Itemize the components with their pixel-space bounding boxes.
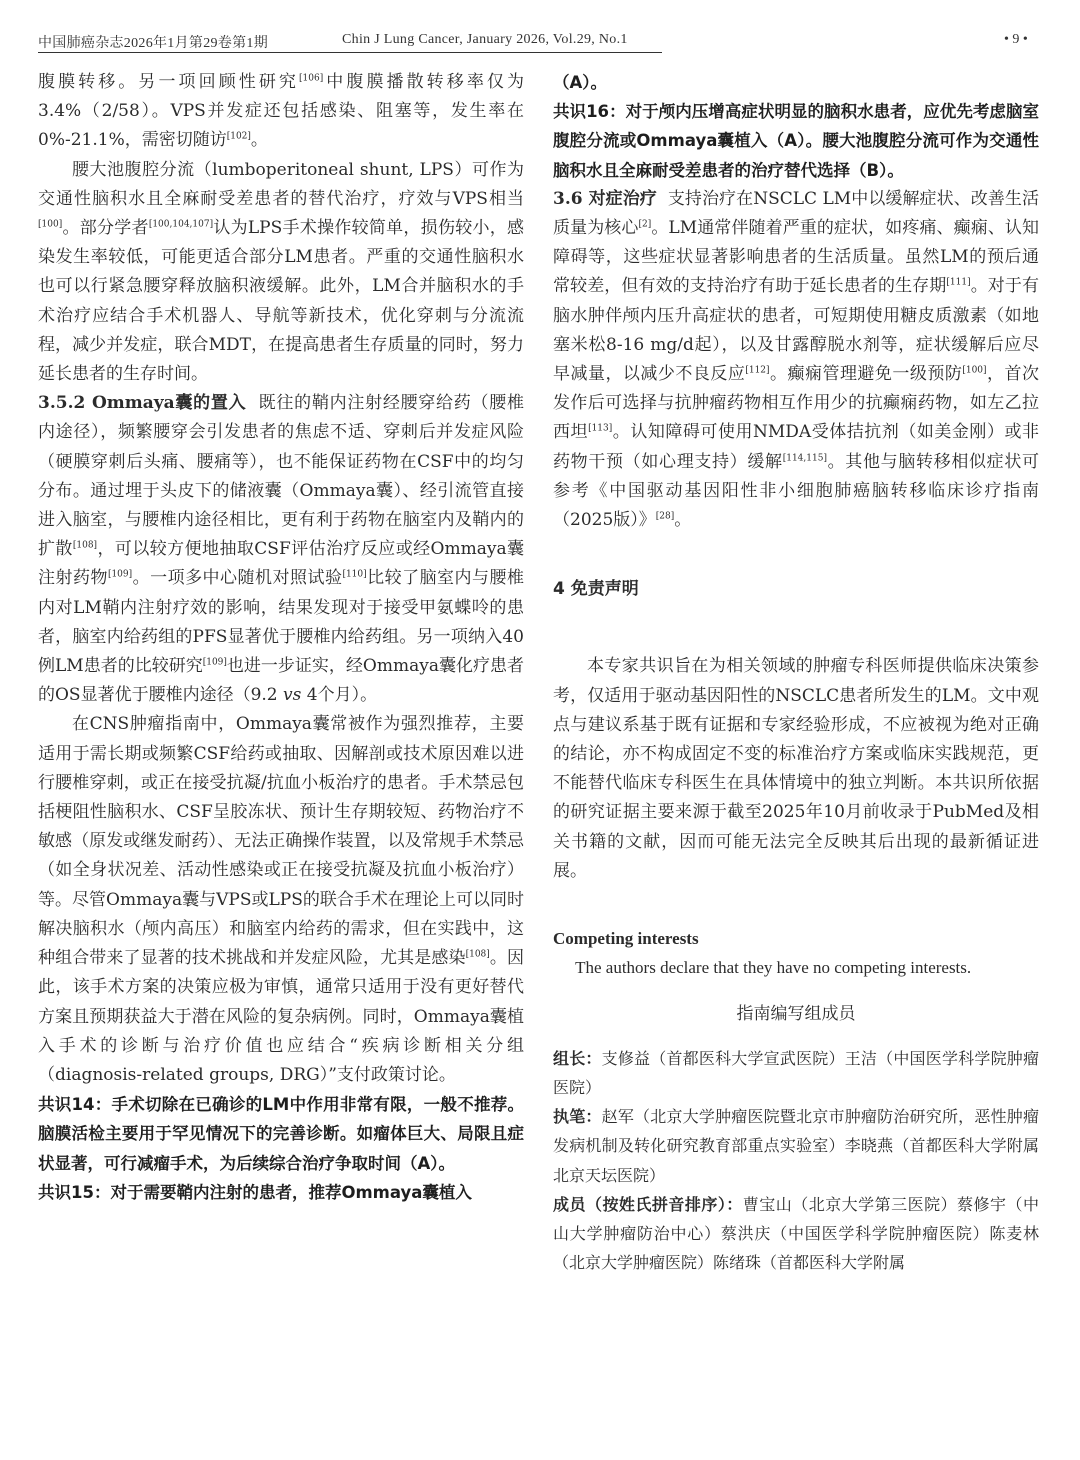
consensus-15: 共识15：对于需要鞘内注射的患者，推荐Ommaya囊植入: [38, 1178, 524, 1207]
consensus-15-continued: （A）。: [553, 68, 1039, 97]
paragraph-lps: 腰大池腹腔分流（lumboperitoneal shunt, LPS）可作为交通…: [38, 156, 524, 390]
role-label-leaders: 组长：: [553, 1049, 602, 1068]
disclaimer-body: 本专家共识旨在为相关领域的肿瘤专科医师提供临床决策参考，仅适用于驱动基因阳性的N…: [553, 652, 1039, 886]
citation[interactable]: [2]: [638, 219, 651, 229]
citation[interactable]: [109]: [203, 657, 227, 667]
citation[interactable]: [111]: [946, 278, 970, 288]
consensus-14: 共识14：手术切除在已确诊的LM中作用非常有限，一般不推荐。脑膜活检主要用于罕见…: [38, 1090, 524, 1178]
citation[interactable]: [108]: [466, 949, 490, 959]
citation[interactable]: [100]: [38, 219, 62, 229]
journal-title-en: Chin J Lung Cancer, January 2026, Vol.29…: [342, 32, 628, 48]
paragraph-vps-complications: 腹膜转移。另一项回顾性研究[106]中腹膜播散转移率仅为3.4%（2/58）。V…: [38, 68, 524, 156]
section-heading-3-5-2: 3.5.2 Ommaya囊的置入: [38, 393, 246, 413]
citation[interactable]: [100]: [962, 365, 986, 375]
section-heading-4-disclaimer: 4 免责声明: [553, 575, 1039, 604]
writing-group-title: 指南编写组成员: [553, 1000, 1039, 1029]
citation[interactable]: [106]: [299, 73, 323, 83]
group-members: 成员（按姓氏拼音排序）：曹宝山（北京大学第三医院）蔡修宇（中山大学肿瘤防治中心）…: [553, 1190, 1039, 1278]
section-heading-3-6: 3.6 对症治疗: [553, 189, 657, 209]
running-header: 中国肺癌杂志2026年1月第29卷第1期 Chin J Lung Cancer,…: [38, 30, 662, 53]
citation[interactable]: [100,104,107]: [149, 219, 213, 229]
role-label-members: 成员（按姓氏拼音排序）：: [553, 1195, 743, 1214]
paragraph-ommaya-placement: 3.5.2 Ommaya囊的置入 既往的鞘内注射经腰穿给药（腰椎内途径），频繁腰…: [38, 389, 524, 710]
citation[interactable]: [102]: [227, 132, 251, 142]
right-column: （A）。 共识16：对于颅内压增高症状明显的脑积水患者，应优先考虑脑室腹腔分流或…: [553, 68, 1039, 1277]
group-writers: 执笔：赵军（北京大学肿瘤医院暨北京市肿瘤防治研究所，恶性肿瘤发病机制及转化研究教…: [553, 1102, 1039, 1190]
group-leaders: 组长：支修益（首都医科大学宣武医院）王洁（中国医学科学院肿瘤医院）: [553, 1044, 1039, 1102]
page-number: • 9 •: [1004, 32, 1028, 48]
citation[interactable]: [109]: [108, 570, 132, 580]
citation[interactable]: [28]: [656, 511, 674, 521]
paragraph-symptomatic-treatment: 3.6 对症治疗 支持治疗在NSCLC LM中以缓解症状、改善生活质量为核心[2…: [553, 185, 1039, 535]
role-label-writers: 执笔：: [553, 1107, 602, 1126]
competing-interests-body: The authors declare that they have no co…: [553, 953, 1039, 982]
citation[interactable]: [108]: [73, 541, 97, 551]
paragraph-cns-guideline: 在CNS肿瘤指南中，Ommaya囊常被作为强烈推荐，主要适用于需长期或频繁CSF…: [38, 710, 524, 1090]
citation[interactable]: [112]: [745, 365, 769, 375]
citation[interactable]: [114,115]: [783, 453, 827, 463]
citation[interactable]: [113]: [588, 424, 612, 434]
citation[interactable]: [110]: [342, 570, 366, 580]
competing-interests-title: Competing interests: [553, 924, 1039, 953]
journal-title-cn: 中国肺癌杂志2026年1月第29卷第1期: [38, 32, 268, 52]
consensus-16: 共识16：对于颅内压增高症状明显的脑积水患者，应优先考虑脑室腹腔分流或Ommay…: [553, 97, 1039, 185]
left-column: 腹膜转移。另一项回顾性研究[106]中腹膜播散转移率仅为3.4%（2/58）。V…: [38, 68, 524, 1207]
